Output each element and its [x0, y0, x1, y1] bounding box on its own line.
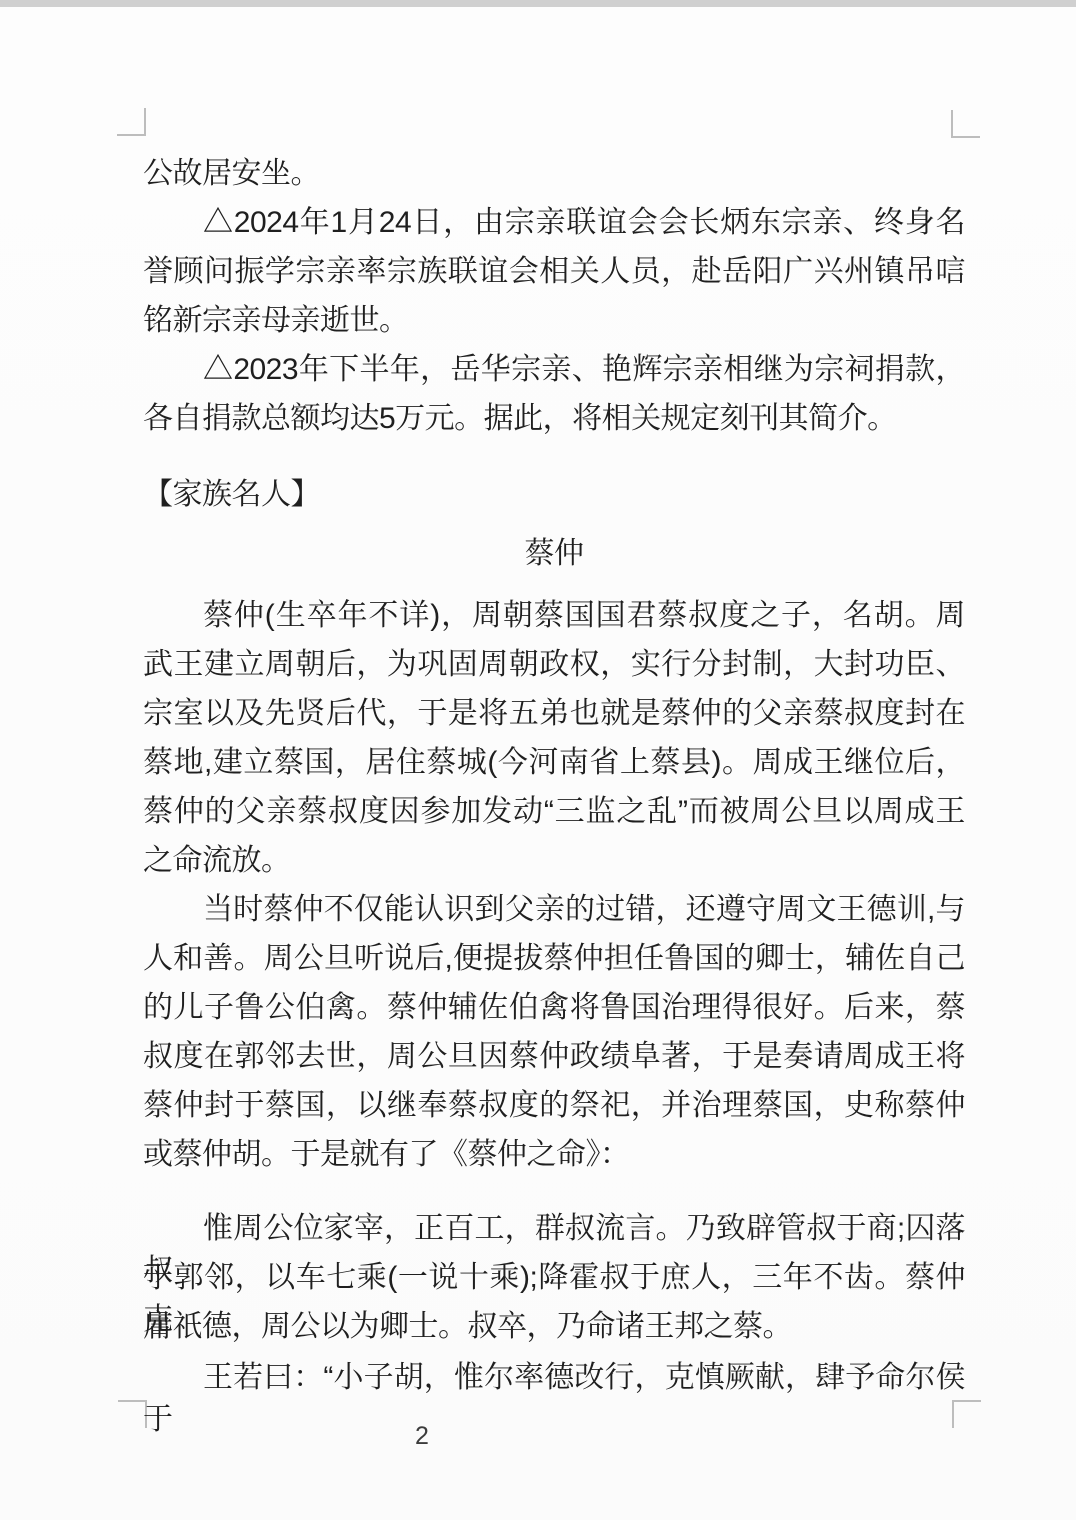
text-line: △2023年下半年，岳华宗亲、艳辉宗亲相继为宗祠捐款，	[143, 349, 965, 391]
text-line: △2024年1月24日，由宗亲联谊会会长炳东宗亲、终身名	[143, 202, 965, 244]
text-line: 武王建立周朝后，为巩固周朝政权，实行分封制，大封功臣、	[143, 644, 965, 686]
text-line: 叔度在郭邻去世，周公旦因蔡仲政绩阜著，于是奏请周成王将	[143, 1036, 965, 1078]
section-heading: 【家族名人】	[143, 474, 965, 516]
text-line: 或蔡仲胡。于是就有了《蔡仲之命》：	[143, 1134, 965, 1176]
text-line: 铭新宗亲母亲逝世。	[143, 300, 965, 342]
subsection-title: 蔡仲	[143, 533, 965, 575]
text-line: 蔡仲的父亲蔡叔度因参加发动“三监之乱”而被周公旦以周成王	[143, 791, 965, 833]
text-line: 人和善。周公旦听说后,便提拔蔡仲担任鲁国的卿士，辅佐自己	[143, 938, 965, 980]
text-line: 当时蔡仲不仅能认识到父亲的过错，还遵守周文王德训,与	[143, 889, 965, 931]
text-line: 公故居安坐。	[143, 153, 965, 195]
text-line: 誉顾问振学宗亲率宗族联谊会相关人员，赴岳阳广兴州镇吊唁	[143, 251, 965, 293]
text-line: 蔡仲(生卒年不详)，周朝蔡国国君蔡叔度之子，名胡。周	[143, 595, 965, 637]
margin-corner-mark-top-right	[951, 110, 980, 138]
text-line: 各自捐款总额均达5万元。据此，将相关规定刻刊其简介。	[143, 398, 965, 440]
text-line: 庸祇德，周公以为卿士。叔卒，乃命诸王邦之蔡。	[143, 1306, 965, 1348]
text-line: 宗室以及先贤后代，于是将五弟也就是蔡仲的父亲蔡叔度封在	[143, 693, 965, 735]
text-line: 蔡仲封于蔡国，以继奉蔡叔度的祭祀，并治理蔡国，史称蔡仲	[143, 1085, 965, 1127]
text-line: 蔡地,建立蔡国，居住蔡城(今河南省上蔡县)。周成王继位后，	[143, 742, 965, 784]
page-number: 2	[404, 1422, 440, 1451]
text-line: 的儿子鲁公伯禽。蔡仲辅佐伯禽将鲁国治理得很好。后来，蔡	[143, 987, 965, 1029]
photo-top-edge-band	[0, 0, 1076, 7]
document-page: 公故居安坐。 △2024年1月24日，由宗亲联谊会会长炳东宗亲、终身名 誉顾问振…	[0, 0, 1076, 1520]
margin-corner-mark-top-left	[117, 108, 146, 136]
text-line: 之命流放。	[143, 840, 965, 882]
text-line: 王若曰：“小子胡，惟尔率德改行，克慎厥献，肆予命尔侯于	[143, 1357, 965, 1441]
